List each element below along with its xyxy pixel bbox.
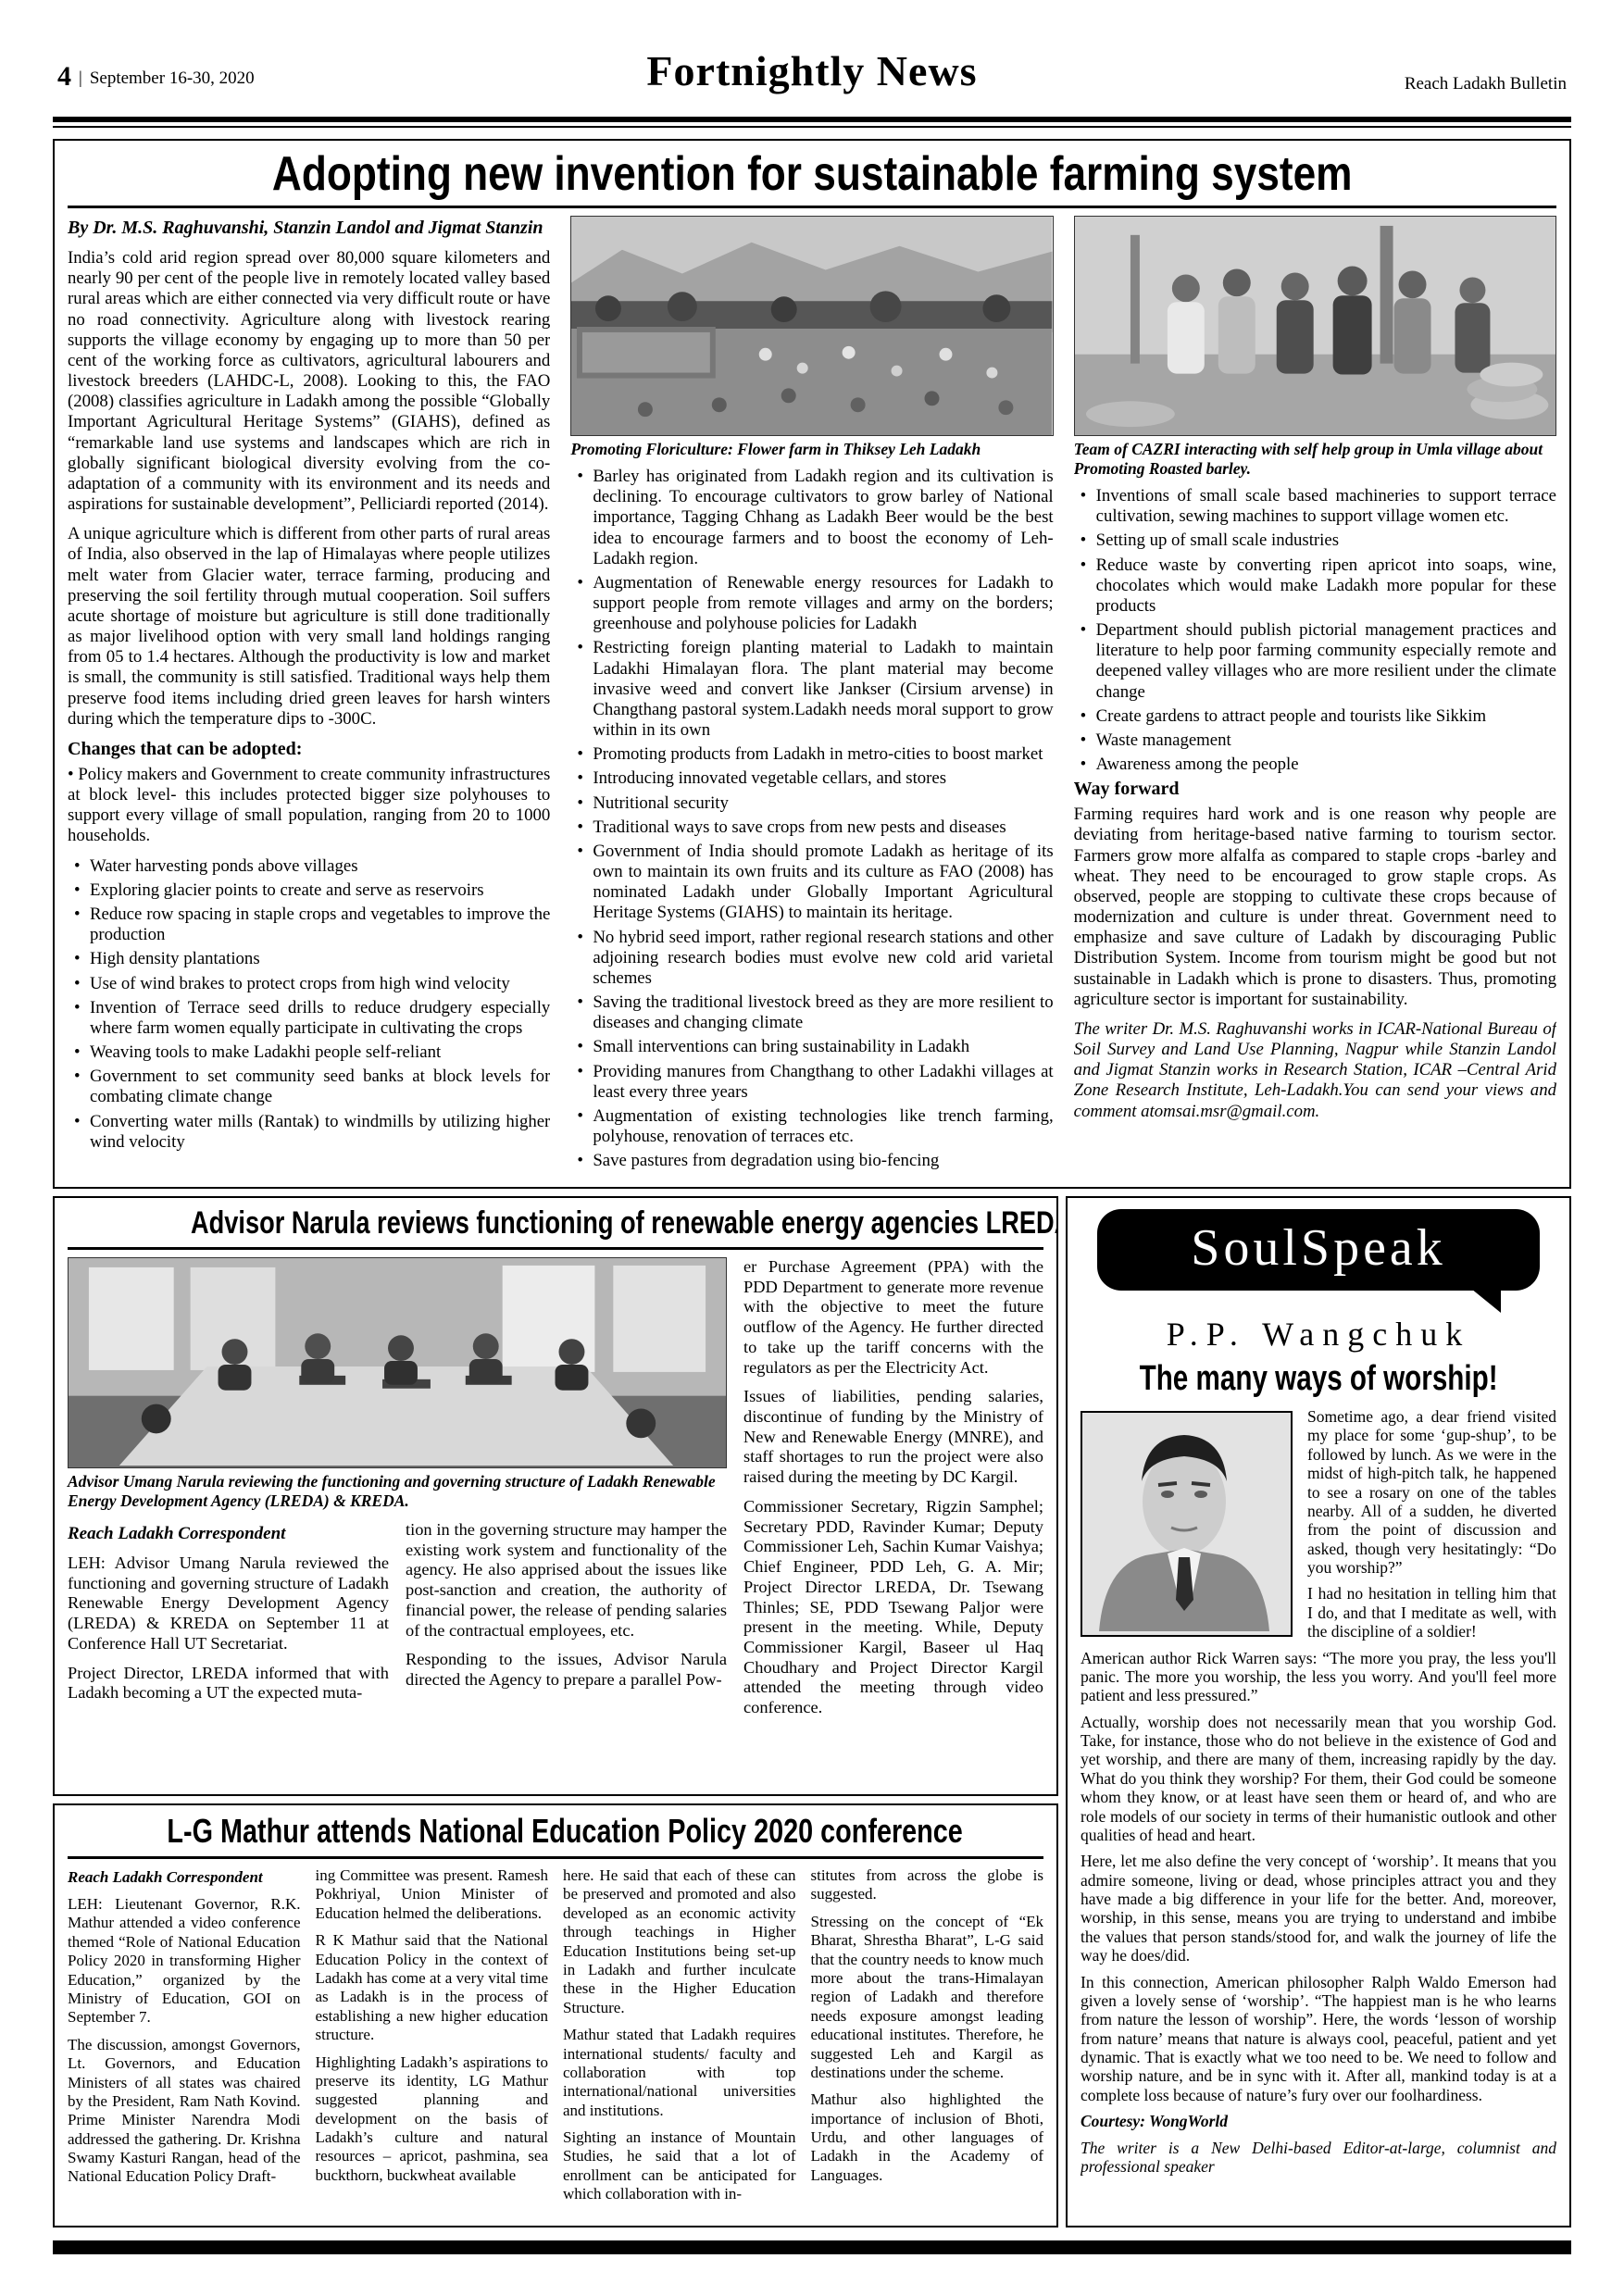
education-col2-paras: ing Committee was present. Ramesh Pokhri…	[316, 1866, 549, 2185]
bullet-item: Government of India should promote Ladak…	[570, 842, 1053, 924]
bullet-item: Create gardens to attract people and tou…	[1074, 706, 1556, 727]
masthead: Fortnightly News	[0, 46, 1624, 95]
publication-name: Reach Ladakh Bulletin	[1405, 74, 1567, 94]
article-farming: Adopting new invention for sustainable f…	[53, 139, 1571, 1189]
soulspeak-body: Sometime ago, a dear friend visited my p…	[1081, 1407, 1556, 2183]
cazri-team-caption: Team of CAZRI interacting with self help…	[1074, 440, 1556, 479]
author-portrait-photo	[1081, 1411, 1293, 1637]
narula-correspondent: Reach Ladakh Correspondent	[68, 1524, 389, 1544]
bullet-item: Department should publish pictorial mana…	[1074, 620, 1556, 703]
bullet-item: Small interventions can bring sustainabi…	[570, 1037, 1053, 1057]
education-headline: L-G Mathur attends National Education Po…	[68, 1813, 1043, 1859]
bullet-item: Providing manures from Changthang to oth…	[570, 1062, 1053, 1103]
soulspeak-logo-bubble: SoulSpeak	[1097, 1209, 1540, 1291]
paragraph: ing Committee was present. Ramesh Pokhri…	[316, 1866, 549, 1923]
bullet-item: Barley has originated from Ladakh region…	[570, 467, 1053, 569]
education-correspondent: Reach Ladakh Correspondent	[68, 1868, 301, 1887]
bullet-item: Save pastures from degradation using bio…	[570, 1151, 1053, 1171]
bullet-item: Awareness among the people	[1074, 755, 1556, 775]
paragraph: Highlighting Ladakh’s aspirations to pre…	[316, 2053, 549, 2186]
education-col4-paras: stitutes from across the globe is sugges…	[811, 1866, 1044, 2185]
paragraph: A unique agriculture which is different …	[68, 524, 550, 730]
meeting-figure: Advisor Umang Narula reviewing the funct…	[68, 1257, 727, 1511]
narula-column-3: er Purchase Agreement (PPA) with the PDD…	[743, 1257, 1043, 1728]
soulspeak-headline: The many ways of worship!	[1081, 1361, 1556, 1396]
cazri-team-photo	[1074, 216, 1556, 436]
bullet-item: High density plantations	[68, 949, 550, 969]
farming-byline: By Dr. M.S. Raghuvanshi, Stanzin Landol …	[68, 218, 550, 239]
changes-intro: • Policy makers and Government to create…	[68, 765, 550, 847]
farming-bullets-3: Inventions of small scale based machiner…	[1074, 486, 1556, 775]
bullet-item: No hybrid seed import, rather regional r…	[570, 928, 1053, 990]
paragraph: LEH: Lieutenant Governor, R.K. Mathur at…	[68, 1895, 301, 2028]
paragraph: Responding to the issues, Advisor Narula…	[406, 1650, 727, 1690]
paragraph: American author Rick Warren says: “The m…	[1081, 1649, 1556, 1705]
paragraph: stitutes from across the globe is sugges…	[811, 1866, 1044, 1904]
article-education: L-G Mathur attends National Education Po…	[53, 1803, 1058, 2227]
farming-bullets-1: Water harvesting ponds above villagesExp…	[68, 856, 550, 1153]
soulspeak-author: P.P. Wangchuk	[1081, 1315, 1556, 1354]
farming-headline: Adopting new invention for sustainable f…	[68, 148, 1556, 208]
bullet-item: Saving the traditional livestock breed a…	[570, 992, 1053, 1033]
narula-column-2: tion in the governing structure may hamp…	[406, 1520, 727, 1713]
speech-bubble-tail-icon	[1471, 1289, 1501, 1313]
paragraph: Here, let me also define the very concep…	[1081, 1852, 1556, 1965]
bullet-item: Exploring glacier points to create and s…	[68, 880, 550, 901]
bullet-item: Water harvesting ponds above villages	[68, 856, 550, 877]
bullet-item: Invention of Terrace seed drills to redu…	[68, 998, 550, 1039]
soulspeak-writer-note: The writer is a New Delhi-based Editor-a…	[1081, 2139, 1556, 2177]
bullet-item: Setting up of small scale industries	[1074, 530, 1556, 551]
bullet-item: Nutritional security	[570, 793, 1053, 814]
paragraph: India’s cold arid region spread over 80,…	[68, 248, 550, 515]
narula-columns: Advisor Umang Narula reviewing the funct…	[68, 1257, 1043, 1728]
farming-intro: India’s cold arid region spread over 80,…	[68, 248, 550, 730]
paragraph: In this connection, American philosopher…	[1081, 1973, 1556, 2105]
portrait-illustration	[1082, 1413, 1287, 1631]
paragraph: Commissioner Secretary, Rigzin Samphel; …	[743, 1497, 1043, 1718]
bullet-item: Inventions of small scale based machiner…	[1074, 486, 1556, 527]
education-column-4: stitutes from across the globe is sugges…	[811, 1866, 1044, 2202]
narula-col1-paras: LEH: Advisor Umang Narula reviewed the f…	[68, 1554, 389, 1703]
changes-heading: Changes that can be adopted:	[68, 739, 550, 760]
paragraph: Stressing on the concept of “Ek Bharat, …	[811, 1913, 1044, 2083]
bullet-item: Weaving tools to make Ladakhi people sel…	[68, 1042, 550, 1063]
paragraph: Issues of liabilities, pending salaries,…	[743, 1387, 1043, 1488]
narula-subcolumns: Reach Ladakh Correspondent LEH: Advisor …	[68, 1520, 727, 1713]
flower-farm-caption: Promoting Floriculture: Flower farm in T…	[570, 440, 1053, 459]
narula-col3-paras: er Purchase Agreement (PPA) with the PDD…	[743, 1257, 1043, 1718]
newspaper-page: 4|September 16-30, 2020 Fortnightly News…	[0, 0, 1624, 2296]
soulspeak-column: SoulSpeak P.P. Wangchuk The many ways of…	[1066, 1196, 1571, 2227]
bullet-item: Introducing innovated vegetable cellars,…	[570, 768, 1053, 789]
paragraph: Actually, worship does not necessarily m…	[1081, 1713, 1556, 1845]
meeting-photo	[68, 1257, 727, 1468]
bullet-item: Augmentation of existing technologies li…	[570, 1106, 1053, 1147]
footer-rule	[53, 2240, 1571, 2254]
farming-bullets-2: Barley has originated from Ladakh region…	[570, 467, 1053, 1172]
education-col3-paras: here. He said that each of these can be …	[563, 1866, 796, 2202]
paragraph: tion in the governing structure may hamp…	[406, 1520, 727, 1641]
soulspeak-courtesy: Courtesy: WongWorld	[1081, 2112, 1556, 2130]
paragraph: here. He said that each of these can be …	[563, 1866, 796, 2017]
education-col1-paras: LEH: Lieutenant Governor, R.K. Mathur at…	[68, 1895, 301, 2187]
paragraph: Project Director, LREDA informed that wi…	[68, 1664, 389, 1703]
paragraph: R K Mathur said that the National Educat…	[316, 1931, 549, 2044]
flower-farm-photo	[570, 216, 1053, 436]
bullet-item: Traditional ways to save crops from new …	[570, 817, 1053, 838]
education-columns: Reach Ladakh Correspondent LEH: Lieutena…	[68, 1866, 1043, 2202]
bullet-item: Reduce row spacing in staple crops and v…	[68, 905, 550, 945]
bullet-item: Augmentation of Renewable energy resourc…	[570, 573, 1053, 635]
bullet-item: Restricting foreign planting material to…	[570, 638, 1053, 741]
way-forward-text: Farming requires hard work and is one re…	[1074, 805, 1556, 1010]
soulspeak-brand: SoulSpeak	[1191, 1219, 1446, 1277]
education-column-1: Reach Ladakh Correspondent LEH: Lieutena…	[68, 1866, 301, 2202]
education-column-3: here. He said that each of these can be …	[563, 1866, 796, 2202]
farming-writer-credit: The writer Dr. M.S. Raghuvanshi works in…	[1074, 1019, 1556, 1122]
farming-columns: By Dr. M.S. Raghuvanshi, Stanzin Landol …	[68, 216, 1556, 1175]
narula-headline: Advisor Narula reviews functioning of re…	[68, 1205, 1043, 1250]
education-column-2: ing Committee was present. Ramesh Pokhri…	[316, 1866, 549, 2202]
farming-column-1: By Dr. M.S. Raghuvanshi, Stanzin Landol …	[68, 216, 550, 1175]
farming-column-3: Team of CAZRI interacting with self help…	[1074, 216, 1556, 1175]
paragraph: er Purchase Agreement (PPA) with the PDD…	[743, 1257, 1043, 1378]
narula-col2-paras: tion in the governing structure may hamp…	[406, 1520, 727, 1691]
bullet-item: Waste management	[1074, 730, 1556, 751]
way-forward-heading: Way forward	[1074, 779, 1556, 800]
paragraph: LEH: Advisor Umang Narula reviewed the f…	[68, 1554, 389, 1654]
meeting-caption: Advisor Umang Narula reviewing the funct…	[68, 1472, 727, 1511]
bullet-item: Reduce waste by converting ripen apricot…	[1074, 555, 1556, 618]
narula-column-1: Reach Ladakh Correspondent LEH: Advisor …	[68, 1520, 389, 1713]
narula-left-area: Advisor Umang Narula reviewing the funct…	[68, 1257, 727, 1728]
paragraph: The discussion, amongst Governors, Lt. G…	[68, 2036, 301, 2187]
paragraph: Mathur also highlighted the importance o…	[811, 2090, 1044, 2185]
bullet-item: Use of wind brakes to protect crops from…	[68, 974, 550, 994]
bullet-item: Government to set community seed banks a…	[68, 1067, 550, 1107]
bullet-item: Promoting products from Ladakh in metro-…	[570, 744, 1053, 765]
paragraph: Sighting an instance of Mountain Studies…	[563, 2128, 796, 2202]
flower-farm-figure: Promoting Floriculture: Flower farm in T…	[570, 216, 1053, 459]
bullet-item: Converting water mills (Rantak) to windm…	[68, 1112, 550, 1153]
header-rule	[53, 117, 1571, 128]
article-narula: Advisor Narula reviews functioning of re…	[53, 1196, 1058, 1796]
farming-column-2: Promoting Floriculture: Flower farm in T…	[570, 216, 1053, 1175]
paragraph: Mathur stated that Ladakh requires inter…	[563, 2026, 796, 2120]
cazri-team-figure: Team of CAZRI interacting with self help…	[1074, 216, 1556, 479]
